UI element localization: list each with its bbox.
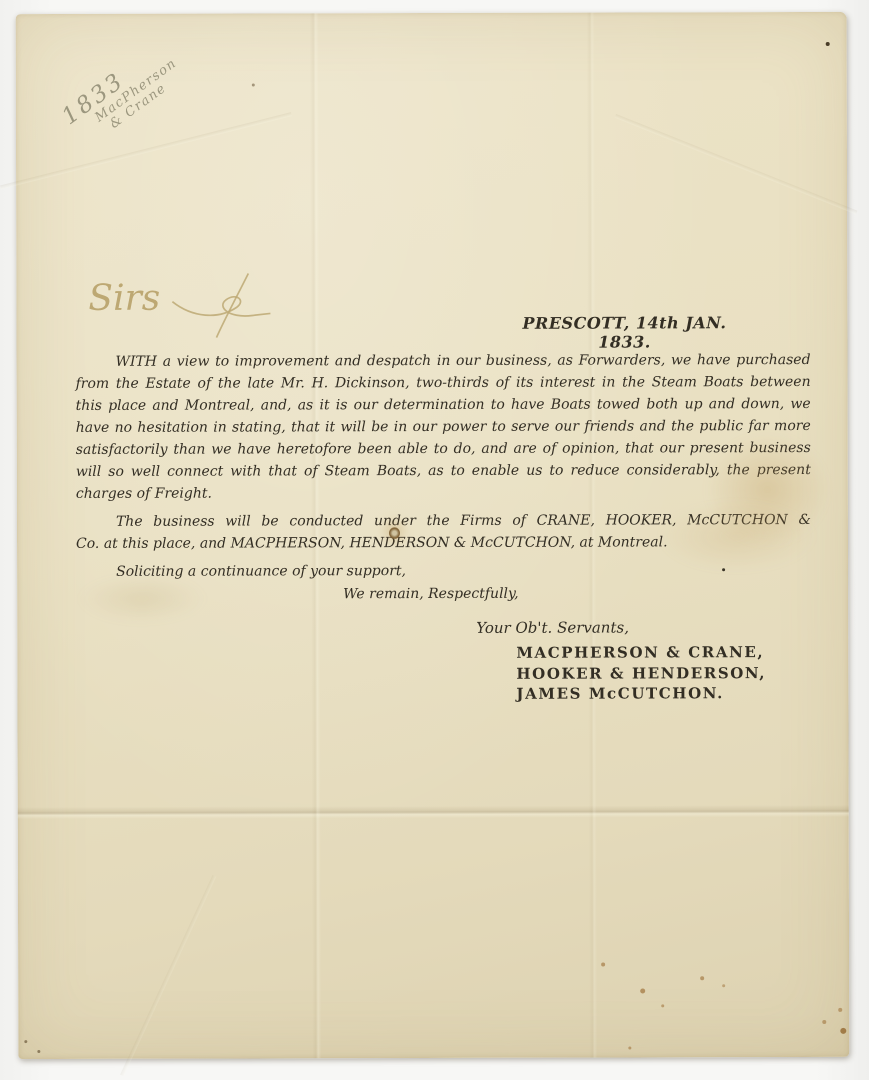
signature: HOOKER & HENDERSON, xyxy=(516,663,766,684)
foxing-spot xyxy=(700,976,704,980)
letter-document: 1833 MacPherson & Crane Sirs PRESCOTT, 1… xyxy=(16,12,850,1059)
servants-line: Your Ob't. Servants, xyxy=(476,618,629,636)
foxing-spot xyxy=(661,1004,664,1007)
body-line: satisfactorily than we have heretofore b… xyxy=(76,437,811,461)
foxing-spot xyxy=(822,1020,826,1024)
foxing-spot xyxy=(840,1028,846,1034)
body-line: charges of Freight. xyxy=(76,481,811,505)
body-line: The business will be conducted under the… xyxy=(76,509,811,533)
foxing-spot xyxy=(722,984,725,987)
fold-crease-diagonal-topleft xyxy=(0,112,292,189)
fold-crease-horizontal xyxy=(18,805,849,819)
foxing-spot xyxy=(826,42,830,46)
letter-body: WITH a view to improvement and despatch … xyxy=(76,349,812,606)
foxing-spot xyxy=(252,83,255,86)
fold-crease-diagonal-topright xyxy=(615,114,858,214)
body-line: Soliciting a continuance of your support… xyxy=(76,559,811,583)
dateline: PRESCOTT, 14th JAN. 1833. xyxy=(507,313,741,352)
scan-background: { "colors": { "background": "#f7f7f5", "… xyxy=(0,0,869,1080)
closing-line: We remain, Respectfully, xyxy=(343,582,811,605)
body-line: from the Estate of the late Mr. H. Dicki… xyxy=(76,371,811,395)
foxing-spot xyxy=(601,963,605,967)
body-line: WITH a view to improvement and despatch … xyxy=(76,349,811,373)
salutation-flourish: Sirs xyxy=(86,265,296,341)
foxing-spot xyxy=(838,1008,842,1012)
handwritten-salutation: Sirs xyxy=(86,265,296,345)
foxing-spot xyxy=(37,1050,40,1053)
salutation-slash xyxy=(216,273,248,337)
body-line: this place and Montreal, and, as it is o… xyxy=(76,393,811,417)
body-line: Co. at this place, and MACPHERSON, HENDE… xyxy=(76,531,811,555)
foxing-spot xyxy=(24,1040,27,1043)
foxing-spot xyxy=(640,988,645,993)
foxing-spot xyxy=(628,1046,631,1049)
salutation-swash xyxy=(172,297,270,316)
signature: JAMES McCUTCHON. xyxy=(516,683,766,704)
fold-crease-diagonal-bottomleft xyxy=(120,875,216,1076)
body-line: have no hesitation in stating, that it w… xyxy=(76,415,811,439)
body-line: will so well connect with that of Steam … xyxy=(76,459,811,483)
signature: MACPHERSON & CRANE, xyxy=(516,642,766,663)
signature-block: MACPHERSON & CRANE, HOOKER & HENDERSON, … xyxy=(516,642,766,704)
pencil-annotation: 1833 MacPherson & Crane xyxy=(58,37,188,151)
salutation-text: Sirs xyxy=(88,278,160,319)
